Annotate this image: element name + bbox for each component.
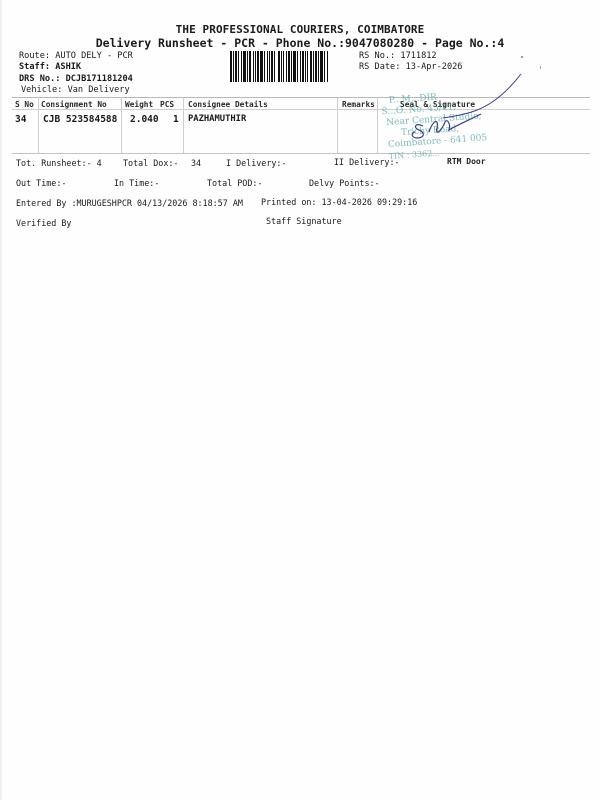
drs-number: DRS No.: DCJB171181204 bbox=[19, 74, 133, 84]
route-label: Route: AUTO DELY - PCR bbox=[19, 51, 133, 61]
stamp-line: Coimbatore - 641 005 bbox=[388, 132, 509, 151]
staff-signature: Staff Signature bbox=[266, 216, 342, 226]
column-divider bbox=[337, 97, 338, 153]
staff-label: Staff: ASHIK bbox=[19, 62, 81, 72]
in-time: In Time:- bbox=[114, 178, 159, 188]
col-header-consignment: Consignment No bbox=[41, 100, 107, 109]
scan-speck bbox=[540, 66, 541, 69]
i-delivery: I Delivery:- bbox=[226, 158, 287, 168]
entered-by: Entered By :MURUGESHPCR 04/13/2026 8:18:… bbox=[16, 198, 243, 208]
verified-by: Verified By bbox=[16, 218, 71, 228]
col-header-consignee: Consignee Details bbox=[188, 100, 268, 109]
cell-consignment-no: CJB 523584588 bbox=[43, 114, 117, 125]
column-divider bbox=[377, 97, 378, 153]
vehicle-label: Vehicle: Van Delivery bbox=[21, 85, 130, 95]
column-divider bbox=[38, 97, 39, 153]
col-header-pcs: PCS bbox=[160, 100, 174, 109]
delvy-points: Delvy Points:- bbox=[309, 178, 380, 188]
rs-number: RS No.: 1711812 bbox=[359, 51, 437, 61]
column-divider bbox=[121, 97, 122, 153]
runsheet-subtitle: Delivery Runsheet - PCR - Phone No.:9047… bbox=[0, 36, 600, 50]
col-header-sno: S No bbox=[15, 100, 34, 109]
total-dox-value: 34 bbox=[191, 158, 201, 168]
cell-consignee: PAZHAMUTHIR bbox=[188, 114, 246, 124]
col-header-remarks: Remarks bbox=[342, 100, 375, 109]
stamp-line: Trichy Road, bbox=[401, 121, 509, 139]
runsheet-page: THE PROFESSIONAL COURIERS, COIMBATORE De… bbox=[0, 0, 600, 800]
ii-delivery: II Delivery:- bbox=[334, 157, 400, 167]
table-top-border bbox=[12, 97, 590, 98]
out-time: Out Time:- bbox=[16, 178, 66, 188]
company-title: THE PROFESSIONAL COURIERS, COIMBATORE bbox=[0, 23, 600, 36]
handwritten-signature-icon bbox=[385, 70, 525, 165]
table-header-border bbox=[12, 109, 590, 110]
total-dox-label: Total Dox:- bbox=[123, 158, 178, 168]
scan-speck bbox=[521, 56, 523, 58]
printed-on: Printed on: 13-04-2026 09:29:16 bbox=[261, 197, 417, 207]
barcode-icon bbox=[230, 51, 356, 82]
col-header-seal: Seal & Signature bbox=[400, 100, 475, 109]
rtm-door: RTM Door bbox=[447, 157, 486, 166]
col-header-weight: Weight bbox=[125, 100, 153, 109]
cell-sno: 34 bbox=[15, 114, 26, 125]
cell-pcs: 1 bbox=[173, 114, 179, 125]
table-bottom-border bbox=[12, 153, 590, 154]
cell-weight: 2.040 bbox=[130, 114, 159, 125]
total-pod: Total POD:- bbox=[207, 178, 262, 188]
stamp-line: Near Central Studio, bbox=[386, 110, 507, 129]
tot-runsheet: Tot. Runsheet:- 4 bbox=[16, 158, 102, 168]
scan-edge bbox=[0, 0, 2, 800]
rs-date: RS Date: 13-Apr-2026 bbox=[359, 62, 462, 72]
column-divider bbox=[183, 97, 184, 153]
